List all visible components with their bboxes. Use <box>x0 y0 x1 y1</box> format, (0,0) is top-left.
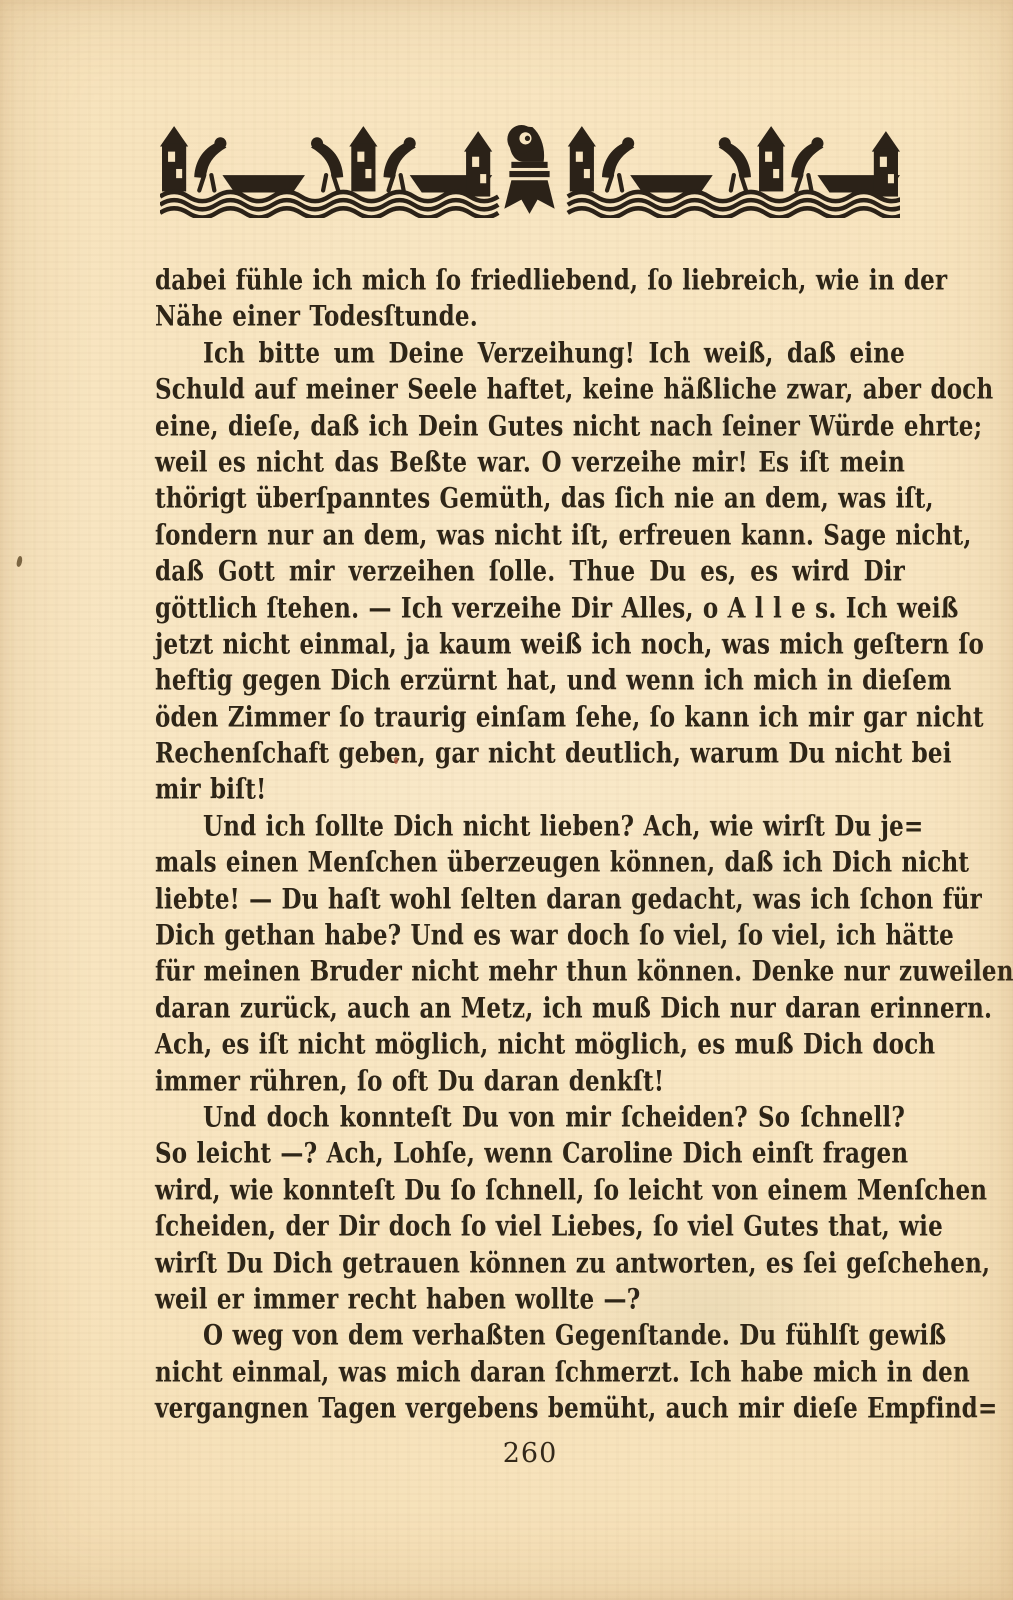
book-page: dabei fühle ich mich ſo friedliebend, ſo… <box>0 0 1013 1600</box>
letter-text: dabei fühle ich mich ſo friedliebend, ſo… <box>155 263 905 1428</box>
basel-crozier-icon <box>504 125 554 214</box>
text-line: vergangnen Tagen vergebens bemüht, auch … <box>155 1387 905 1431</box>
woodcut-village-band-icon <box>160 123 900 218</box>
header-ornament <box>160 123 900 218</box>
paper-speck <box>16 556 24 568</box>
page-number: 260 <box>155 1438 905 1469</box>
